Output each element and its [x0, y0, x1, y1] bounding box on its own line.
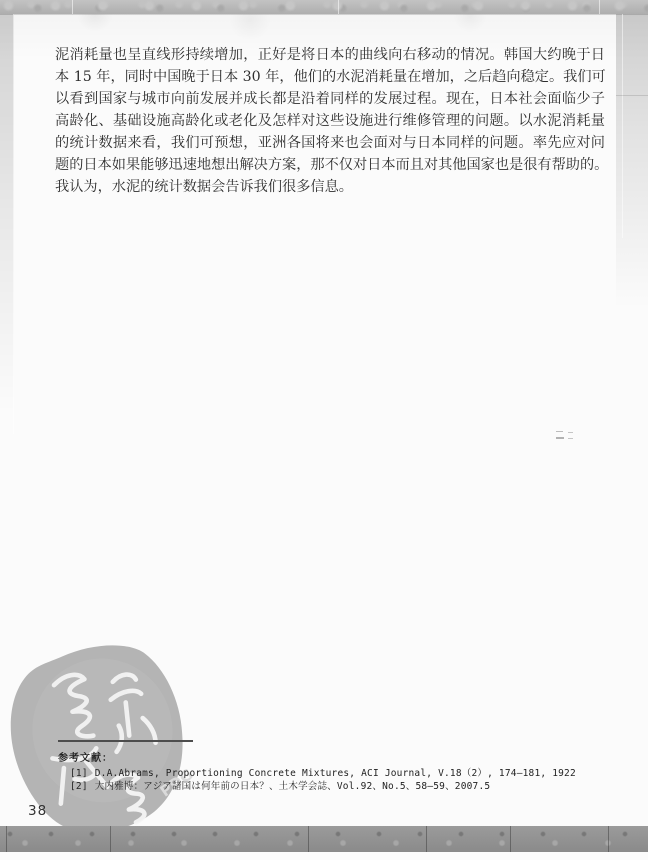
paragraph-line: 题的日本如果能够迅速地想出解决方案，那不仅对日本而且对其他国家也是很有帮助的。: [55, 154, 605, 176]
scan-seam: [338, 0, 339, 14]
references-heading: 参考文献：: [58, 749, 603, 764]
scan-seam: [426, 826, 427, 852]
scan-seam: [110, 826, 111, 852]
reference-item: [1]D.A.Abrams, Proportioning Concrete Mi…: [70, 767, 603, 780]
scan-edge-top: [0, 0, 648, 14]
paragraph-line: 的统计数据来看，我们可预想，亚洲各国将来也会面对与日本同样的问题。率先应对问: [55, 132, 605, 154]
references-divider: [58, 740, 193, 742]
paragraph-line: 我认为，水泥的统计数据会告诉我们很多信息。: [55, 176, 605, 198]
page-edge-shadow-left: [0, 14, 14, 434]
page-number: 38: [28, 803, 47, 819]
scan-seam: [308, 826, 309, 852]
reference-label: [1]: [70, 768, 88, 779]
reference-label: [2]: [70, 781, 88, 792]
scan-seam: [72, 0, 73, 14]
reference-text: 大内雅博：アジア諸国は何年前の日本？、土木学会誌、Vol.92、No.5、58—…: [95, 781, 491, 792]
scan-smudge-artifact: [556, 427, 574, 443]
references-section: 参考文献： [1]D.A.Abrams, Proportioning Concr…: [58, 740, 603, 793]
page-edge-shadow-right: [616, 14, 648, 334]
scan-seam: [608, 826, 609, 852]
paragraph-line: 高龄化、基础设施高龄化或老化及怎样对这些设施进行维修管理的问题。以水泥消耗量: [55, 110, 605, 132]
scan-seam: [6, 826, 7, 852]
paragraph-line: 以看到国家与城市向前发展并成长都是沿着同样的发展过程。现在，日本社会面临少子: [55, 88, 605, 110]
paragraph-line: 本 15 年，同时中国晚于日本 30 年，他们的水泥消耗量在增加，之后趋向稳定。…: [55, 66, 605, 88]
scan-seam: [599, 0, 600, 14]
reference-item: [2]大内雅博：アジア諸国は何年前の日本？、土木学会誌、Vol.92、No.5、…: [70, 780, 603, 793]
scanned-book-page: 泥消耗量也呈直线形持续增加，正好是将日本的曲线向右移动的情况。韩国大约晚于日 本…: [0, 0, 648, 860]
page-edge-seam: [622, 14, 623, 238]
reference-text: D.A.Abrams, Proportioning Concrete Mixtu…: [95, 768, 576, 779]
body-paragraph: 泥消耗量也呈直线形持续增加，正好是将日本的曲线向右移动的情况。韩国大约晚于日 本…: [55, 44, 605, 198]
page-edge-seam: [616, 95, 648, 96]
scan-seam: [510, 826, 511, 852]
paragraph-line: 泥消耗量也呈直线形持续增加，正好是将日本的曲线向右移动的情况。韩国大约晚于日: [55, 44, 605, 66]
scan-edge-bottom: [0, 826, 648, 852]
